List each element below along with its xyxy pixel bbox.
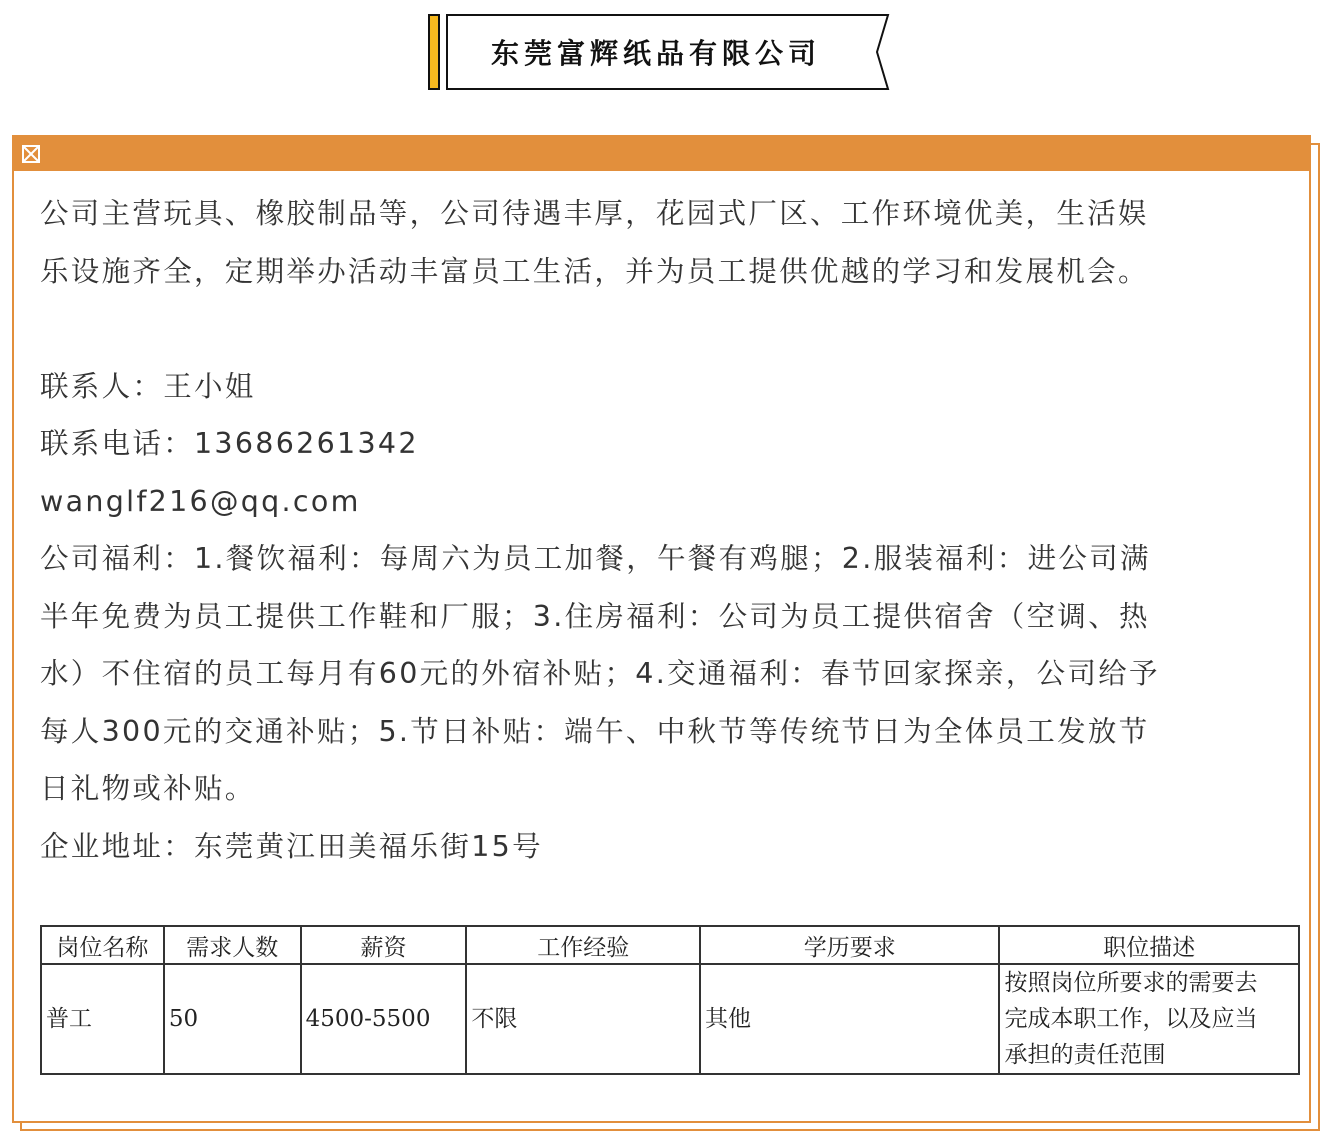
company-description: 公司主营玩具、橡胶制品等，公司待遇丰厚，花园式厂区、工作环境优美，生活娱 乐设施…: [40, 185, 1300, 875]
company-info-card: 公司主营玩具、橡胶制品等，公司待遇丰厚，花园式厂区、工作环境优美，生活娱 乐设施…: [12, 135, 1311, 1123]
header-headcount: 需求人数: [164, 926, 301, 964]
header-position: 岗位名称: [41, 926, 164, 964]
card-header-bar: [14, 137, 1309, 171]
header-experience: 工作经验: [466, 926, 700, 964]
spacer: [40, 300, 1300, 358]
description-line: 承担的责任范围: [1004, 1037, 1294, 1073]
cell-position: 普工: [41, 964, 164, 1074]
description-line: 按照岗位所要求的需要去: [1004, 965, 1294, 1001]
cell-education: 其他: [700, 964, 999, 1074]
company-title-banner: 东莞富辉纸品有限公司: [446, 14, 890, 90]
cell-experience: 不限: [466, 964, 700, 1074]
intro-line: 乐设施齐全，定期举办活动丰富员工生活，并为员工提供优越的学习和发展机会。: [40, 243, 1300, 301]
contact-phone: 联系电话：13686261342: [40, 415, 1300, 473]
contact-person: 联系人：王小姐: [40, 358, 1300, 416]
cell-description: 按照岗位所要求的需要去 完成本职工作，以及应当 承担的责任范围: [999, 964, 1299, 1074]
benefits-line: 日礼物或补贴。: [40, 760, 1300, 818]
benefits-line: 每人300元的交通补贴；5.节日补贴：端午、中秋节等传统节日为全体员工发放节: [40, 703, 1300, 761]
contact-email: wanglf216@qq.com: [40, 473, 1300, 531]
job-table: 岗位名称 需求人数 薪资 工作经验 学历要求 职位描述 普工 50 4500-5…: [40, 925, 1300, 1075]
cell-headcount: 50: [164, 964, 301, 1074]
header-salary: 薪资: [301, 926, 467, 964]
company-name: 东莞富辉纸品有限公司: [446, 14, 866, 90]
company-address: 企业地址：东莞黄江田美福乐街15号: [40, 818, 1300, 876]
cell-salary: 4500-5500: [301, 964, 467, 1074]
table-header-row: 岗位名称 需求人数 薪资 工作经验 学历要求 职位描述: [41, 926, 1299, 964]
description-line: 完成本职工作，以及应当: [1004, 1001, 1294, 1037]
header-education: 学历要求: [700, 926, 999, 964]
banner-accent-bar: [428, 14, 440, 90]
table-row: 普工 50 4500-5500 不限 其他 按照岗位所要求的需要去 完成本职工作…: [41, 964, 1299, 1074]
benefits-line: 水）不住宿的员工每月有60元的外宿补贴；4.交通福利：春节回家探亲，公司给予: [40, 645, 1300, 703]
benefits-line: 公司福利：1.餐饮福利：每周六为员工加餐，午餐有鸡腿；2.服装福利：进公司满: [40, 530, 1300, 588]
header-description: 职位描述: [999, 926, 1299, 964]
intro-line: 公司主营玩具、橡胶制品等，公司待遇丰厚，花园式厂区、工作环境优美，生活娱: [40, 185, 1300, 243]
close-box-icon: [22, 145, 40, 163]
benefits-line: 半年免费为员工提供工作鞋和厂服；3.住房福利：公司为员工提供宿舍（空调、热: [40, 588, 1300, 646]
